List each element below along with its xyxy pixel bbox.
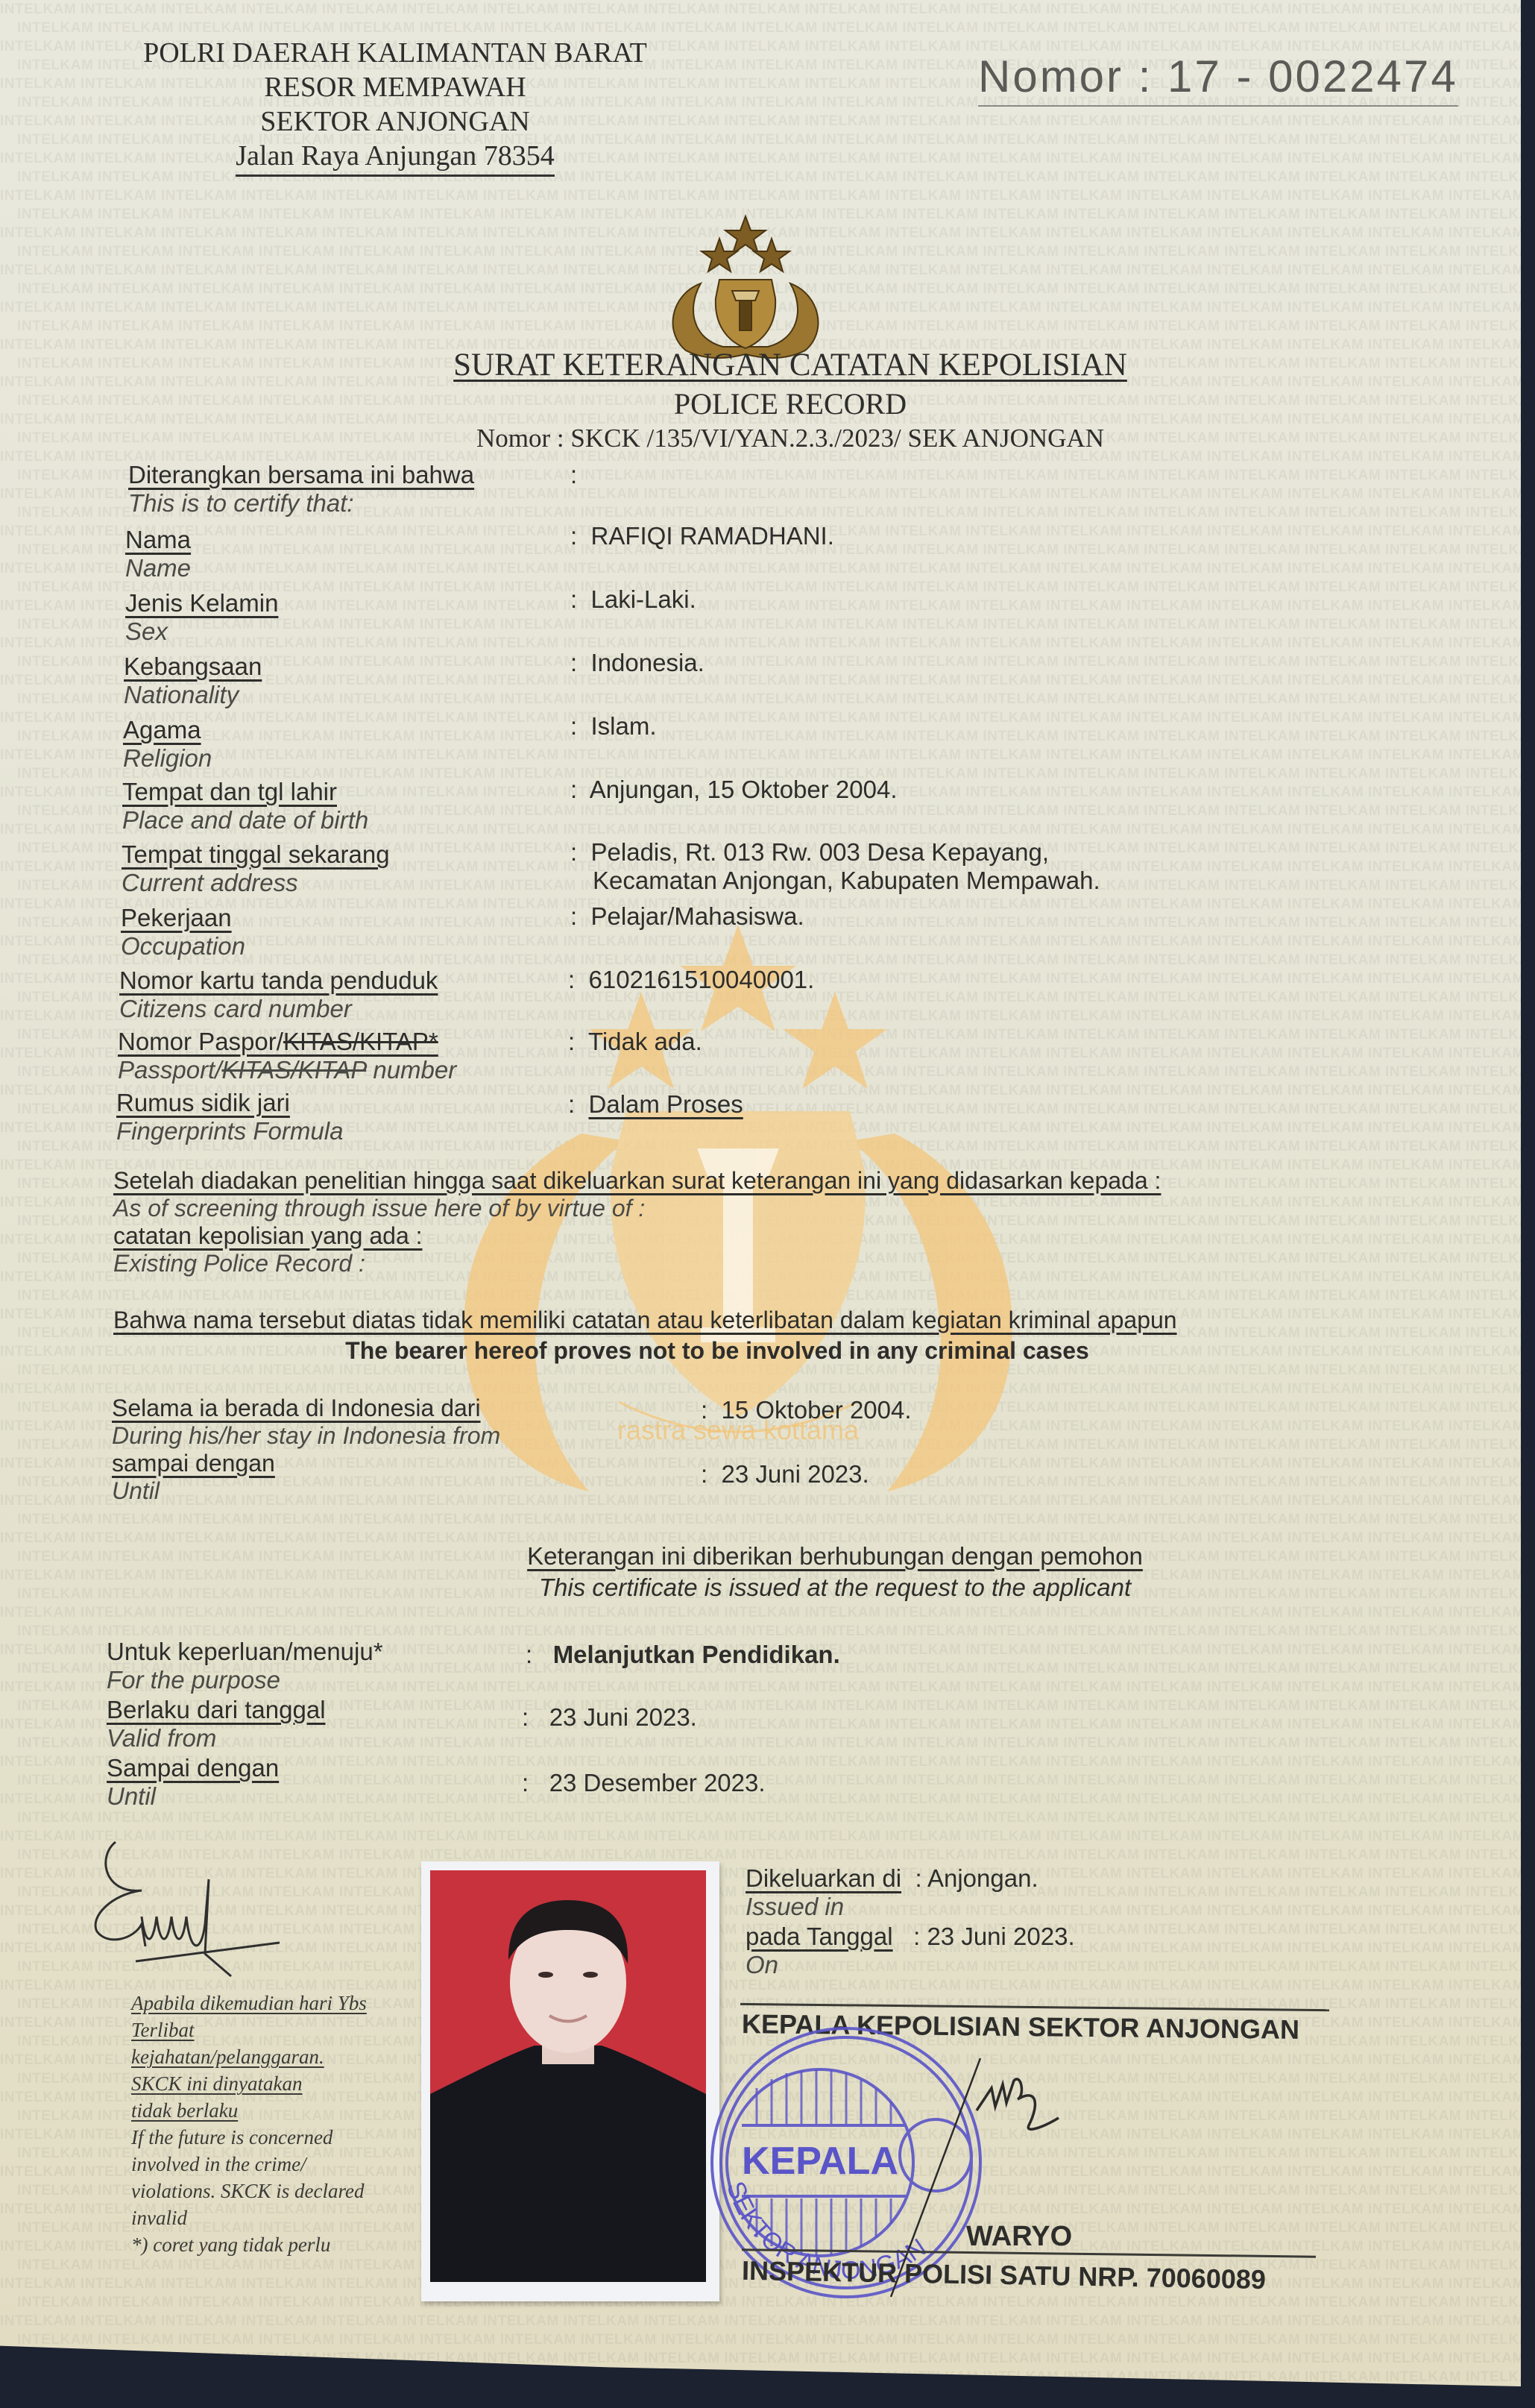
issued-date-label: pada Tanggal bbox=[746, 1923, 893, 1950]
disclaimer-footnote: *) coret yang tidak perlu bbox=[131, 2231, 367, 2258]
issued-place-label-en: Issued in bbox=[746, 1893, 1075, 1921]
validity-block: Untuk keperluan/menuju* For the purpose … bbox=[107, 1638, 383, 1811]
stamp-center-text: KEPALA bbox=[742, 2140, 898, 2183]
screening-line-en: As of screening through issue here of by… bbox=[113, 1195, 1381, 1222]
issued-block: Dikeluarkan di : Anjongan. Issued in pad… bbox=[746, 1864, 1075, 1979]
photo-background bbox=[430, 1870, 706, 2282]
field-name: Nama Name bbox=[125, 526, 191, 582]
field-label: Tempat tinggal sekarang bbox=[122, 840, 390, 869]
field-id-number: Nomor kartu tanda penduduk Citizens card… bbox=[119, 966, 438, 1023]
stay-period: Selama ia berada di Indonesia dari Durin… bbox=[112, 1395, 500, 1505]
field-label: Kebangsaan bbox=[124, 653, 262, 681]
signatory-name: WARYO bbox=[966, 2221, 1072, 2253]
valid-from-value: : 23 Juni 2023. bbox=[522, 1703, 697, 1732]
field-label: Agama bbox=[123, 716, 212, 744]
field-birth: Tempat dan tgl lahir Place and date of b… bbox=[122, 778, 368, 834]
field-value-sex: : Laki-Laki. bbox=[570, 585, 696, 614]
field-label: Nomor Paspor/KITAS/KITAP* bbox=[118, 1028, 456, 1056]
polri-logo-icon bbox=[656, 213, 835, 365]
document-subtitle: POLICE RECORD bbox=[417, 386, 1163, 421]
stay-from-label-en: During his/her stay in Indonesia from bbox=[112, 1422, 500, 1450]
field-label-en: Place and date of birth bbox=[122, 806, 368, 834]
issued-date-value: : 23 Juni 2023. bbox=[913, 1923, 1075, 1950]
field-fingerprint: Rumus sidik jari Fingerprints Formula bbox=[116, 1089, 343, 1145]
field-value-nationality: : Indonesia. bbox=[570, 649, 705, 677]
valid-until-label-en: Until bbox=[107, 1782, 383, 1811]
header-line: SEKTOR ANJONGAN bbox=[112, 104, 678, 139]
disclaimer-line-en: If the future is concerned bbox=[131, 2124, 367, 2151]
field-value-birth: : Anjungan, 15 Oktober 2004. bbox=[570, 776, 898, 804]
record-line-en: Existing Police Record : bbox=[113, 1250, 1381, 1277]
header-line: POLRI DAERAH KALIMANTAN BARAT bbox=[112, 36, 678, 70]
field-label-en: Occupation bbox=[121, 932, 245, 961]
issued-place-label: Dikeluarkan di bbox=[746, 1864, 901, 1892]
applicant-photo bbox=[421, 1861, 719, 2301]
field-sex: Jenis Kelamin Sex bbox=[125, 589, 278, 646]
disclaimer-line: tidak berlaku bbox=[131, 2097, 367, 2124]
applicant-signature bbox=[82, 1835, 283, 1991]
disclaimer-line-en: violations. SKCK is declared bbox=[131, 2178, 367, 2204]
field-passport: Nomor Paspor/KITAS/KITAP* Passport/KITAS… bbox=[118, 1028, 456, 1084]
field-label-en: Passport/KITAS/KITAP number bbox=[118, 1056, 456, 1084]
valid-from-label-en: Valid from bbox=[107, 1724, 383, 1752]
disclaimer-line: Terlibat bbox=[131, 2016, 367, 2043]
office-address: Jalan Raya Anjungan 78354 bbox=[236, 139, 554, 177]
field-label-en: Nationality bbox=[124, 681, 262, 709]
purpose-value: : Melanjutkan Pendidikan. bbox=[526, 1641, 840, 1669]
intro-block: Diterangkan bersama ini bahwa This is to… bbox=[128, 461, 474, 518]
no-record-statement: Bahwa nama tersebut diatas tidak memilik… bbox=[113, 1307, 1381, 1365]
statement: Bahwa nama tersebut diatas tidak memilik… bbox=[113, 1307, 1381, 1334]
field-label: Rumus sidik jari bbox=[116, 1089, 343, 1117]
field-religion: Agama Religion bbox=[123, 716, 212, 773]
official-signature bbox=[969, 2058, 1118, 2148]
document-number: Nomor : SKCK /135/VI/YAN.2.3./2023/ SEK … bbox=[417, 424, 1163, 453]
valid-until-value: : 23 Desember 2023. bbox=[522, 1769, 766, 1797]
issuance-note-line: Keterangan ini diberikan berhubungan den… bbox=[462, 1542, 1208, 1571]
valid-until-label: Sampai dengan bbox=[107, 1754, 383, 1782]
intro-label-en: This is to certify that: bbox=[128, 489, 474, 518]
field-nationality: Kebangsaan Nationality bbox=[124, 653, 262, 709]
field-value-name: : RAFIQI RAMADHANI. bbox=[570, 522, 834, 550]
intro-colon: : bbox=[570, 461, 577, 489]
disclaimer-line: SKCK ini dinyatakan bbox=[131, 2070, 367, 2097]
screening-block: Setelah diadakan penelitian hingga saat … bbox=[113, 1167, 1381, 1277]
person-portrait-icon bbox=[430, 1870, 706, 2282]
field-value-occupation: : Pelajar/Mahasiswa. bbox=[570, 902, 804, 931]
field-label-en: Religion bbox=[123, 744, 212, 773]
field-label: Jenis Kelamin bbox=[125, 589, 278, 617]
field-value-religion: : Islam. bbox=[570, 712, 657, 741]
record-line: catatan kepolisian yang ada : bbox=[113, 1222, 1381, 1250]
stay-from-value: : 15 Oktober 2004. bbox=[701, 1396, 912, 1424]
valid-from-label: Berlaku dari tanggal bbox=[107, 1696, 383, 1724]
issuance-note-line-en: This certificate is issued at the reques… bbox=[462, 1574, 1208, 1602]
screening-line: Setelah diadakan penelitian hingga saat … bbox=[113, 1167, 1381, 1195]
issuance-note: Keterangan ini diberikan berhubungan den… bbox=[462, 1542, 1208, 1602]
stay-until-value: : 23 Juni 2023. bbox=[701, 1460, 869, 1489]
stay-until-label-en: Until bbox=[112, 1477, 500, 1505]
purpose-label-en: For the purpose bbox=[107, 1666, 383, 1694]
purpose-label: Untuk keperluan/menuju* bbox=[107, 1638, 383, 1666]
disclaimer-line: kejahatan/pelanggaran. bbox=[131, 2043, 367, 2070]
issuing-office-header: POLRI DAERAH KALIMANTAN BARAT RESOR MEMP… bbox=[112, 36, 678, 177]
field-occupation: Pekerjaan Occupation bbox=[121, 904, 245, 961]
disclaimer-note: Apabila dikemudian hari Ybs Terlibat kej… bbox=[131, 1990, 367, 2258]
header-line: RESOR MEMPAWAH bbox=[112, 70, 678, 104]
serial-number: Nomor : 17 - 0022474 bbox=[978, 51, 1458, 107]
disclaimer-line-en: involved in the crime/ bbox=[131, 2151, 367, 2178]
disclaimer-line: Apabila dikemudian hari Ybs bbox=[131, 1990, 367, 2016]
field-label-en: Fingerprints Formula bbox=[116, 1117, 343, 1145]
field-label: Pekerjaan bbox=[121, 904, 245, 932]
field-value-fingerprint: : Dalam Proses bbox=[568, 1090, 743, 1119]
disclaimer-line-en: invalid bbox=[131, 2204, 367, 2231]
stay-until-label: sampai dengan bbox=[112, 1450, 500, 1477]
field-value-passport: : Tidak ada. bbox=[568, 1028, 702, 1056]
field-address: Tempat tinggal sekarang Current address bbox=[122, 840, 390, 897]
field-label: Nama bbox=[125, 526, 191, 554]
intro-label: Diterangkan bersama ini bahwa bbox=[128, 461, 474, 489]
stay-from-label: Selama ia berada di Indonesia dari bbox=[112, 1395, 500, 1422]
field-label-en: Citizens card number bbox=[119, 995, 438, 1023]
issued-place-value: : Anjongan. bbox=[915, 1864, 1038, 1892]
document-title: SURAT KETERANGAN CATATAN KEPOLISIAN bbox=[417, 347, 1163, 383]
field-label-en: Sex bbox=[125, 617, 278, 646]
issued-date-label-en: On bbox=[746, 1951, 1075, 1979]
field-label: Tempat dan tgl lahir bbox=[122, 778, 368, 806]
field-value-id-number: : 6102161510040001. bbox=[568, 966, 814, 994]
field-label-en: Current address bbox=[122, 869, 390, 897]
field-label: Nomor kartu tanda penduduk bbox=[119, 966, 438, 995]
field-label-en: Name bbox=[125, 554, 191, 582]
statement-en: The bearer hereof proves not to be invol… bbox=[113, 1337, 1381, 1365]
field-value-address: : Peladis, Rt. 013 Rw. 003 Desa Kepayang… bbox=[570, 838, 1100, 895]
police-record-document: INTELKAM INTELKAM INTELKAM INTELKAM INTE… bbox=[0, 0, 1521, 2386]
